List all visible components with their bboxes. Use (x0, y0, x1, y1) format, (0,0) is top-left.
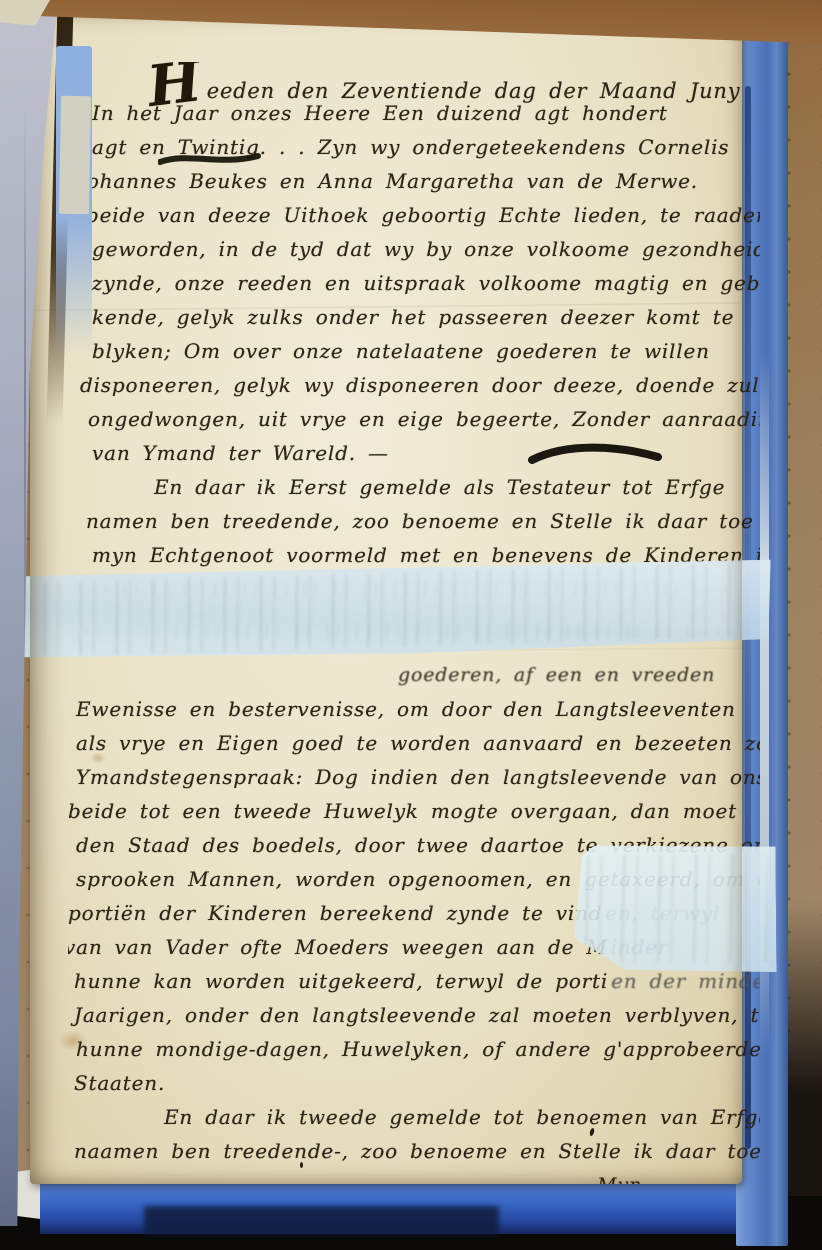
partially-covered-line: goederen, af een en vreeden (398, 658, 760, 692)
manuscript-line: Jaarigen, onder den langtsleevende zal m… (74, 998, 760, 1032)
line-text: van Ymand ter Wareld. — (92, 441, 389, 465)
line-text: blyken; Om over onze natelaatene goedere… (92, 339, 710, 363)
line-text: namen ben treedende, zoo benoeme en Stel… (86, 509, 754, 533)
line-text: hunne mondige-dagen, Huwelyken, of ander… (76, 1037, 760, 1061)
manuscript-line: blyken; Om over onze natelaatene goedere… (92, 334, 760, 368)
manuscript-line: beide tot een tweede Huwelyk mogte overg… (68, 794, 760, 828)
line-text: geworden, in de tyd dat wy by onze volko… (92, 237, 760, 261)
manuscript-page: Heeden den Zeventiende dag der Maand Jun… (30, 10, 742, 1184)
manuscript-line: Staaten. (74, 1066, 760, 1100)
manuscript-line: Heeden den Zeventiende dag der Maand Jun… (148, 62, 760, 96)
line-text: beide tot een tweede Huwelyk mogte overg… (68, 799, 737, 823)
line-text: En daar ik Eerst gemelde als Testateur t… (154, 475, 725, 499)
manuscript-line: namen ben treedende, zoo benoeme en Stel… (86, 504, 760, 538)
tape-dark-stain (144, 1206, 499, 1234)
line-text: Staaten. (74, 1071, 165, 1095)
line-text: Myn (597, 1174, 642, 1184)
line-text: naamen ben treedende-, zoo benoeme en St… (74, 1139, 760, 1163)
ink-flourish-underline (158, 150, 262, 168)
manuscript-line: beide van deeze Uithoek geboortig Echte … (86, 198, 760, 232)
manuscript-line: En daar ik tweede gemelde tot benoemen v… (164, 1100, 760, 1134)
line-text: van van Vader ofte Moeders weegen aan de… (68, 935, 608, 959)
manuscript-line: ongedwongen, uit vrye en eige begeerte, … (88, 402, 760, 436)
line-text: Ewenisse en bestervenisse, om door den L… (76, 697, 736, 721)
manuscript-line: zynde, onze reeden en uitspraak volkoome… (92, 266, 760, 300)
line-text: als vrye en Eigen goed te worden aanvaar… (76, 731, 760, 755)
manuscript-line: naamen ben treedende-, zoo benoeme en St… (74, 1134, 760, 1168)
manuscript-line: Ymandstegenspraak: Dog indien den langts… (76, 760, 760, 794)
manuscript-line: kende, gelyk zulks onder het passeeren d… (92, 300, 760, 334)
line-text: Jaarigen, onder den langtsleevende zal m… (74, 1003, 760, 1027)
manuscript-line: hunne mondige-dagen, Huwelyken, of ander… (76, 1032, 760, 1066)
manuscript-line: Ewenisse en bestervenisse, om door den L… (76, 692, 760, 726)
manuscript-line: En daar ik Eerst gemelde als Testateur t… (154, 470, 760, 504)
line-text: disponeeren, gelyk wy disponeeren door d… (80, 373, 760, 397)
line-text: hunne kan worden uitgekeerd, terwyl de p… (74, 969, 608, 993)
line-text: ongedwongen, uit vrye en eige begeerte, … (88, 407, 760, 431)
tape-patch-left (59, 96, 91, 215)
line-text: zynde, onze reeden en uitspraak volkoome… (92, 271, 760, 295)
binding-tape-bottom (40, 1176, 780, 1234)
manuscript-line: als vrye en Eigen goed te worden aanvaar… (76, 726, 760, 760)
line-text: Johannes Beukes en Anna Margaretha van d… (78, 169, 698, 193)
manuscript-line: disponeeren, gelyk wy disponeeren door d… (80, 368, 760, 402)
ink-flourish-paragraph-end (528, 442, 664, 468)
manuscript-line: geworden, in de tyd dat wy by onze volko… (92, 232, 760, 266)
line-text: En daar ik tweede gemelde tot benoemen v… (164, 1105, 760, 1129)
line-text: Ymandstegenspraak: Dog indien den langts… (76, 765, 760, 789)
line-text: kende, gelyk zulks onder het passeeren d… (92, 305, 734, 329)
initial-capital: H (146, 64, 203, 104)
line-text: goederen, af een en vreeden (398, 664, 715, 686)
line-text: beide van deeze Uithoek geboortig Echte … (86, 203, 760, 227)
covered-text-fragment: en der minder (611, 969, 760, 993)
manuscript-line: Johannes Beukes en Anna Margaretha van d… (78, 164, 760, 198)
photo-of-manuscript: Heeden den Zeventiende dag der Maand Jun… (0, 0, 822, 1250)
line-text: portiën der Kinderen bereekend zynde te … (68, 901, 602, 925)
catchword-line: Myn (68, 1168, 760, 1184)
